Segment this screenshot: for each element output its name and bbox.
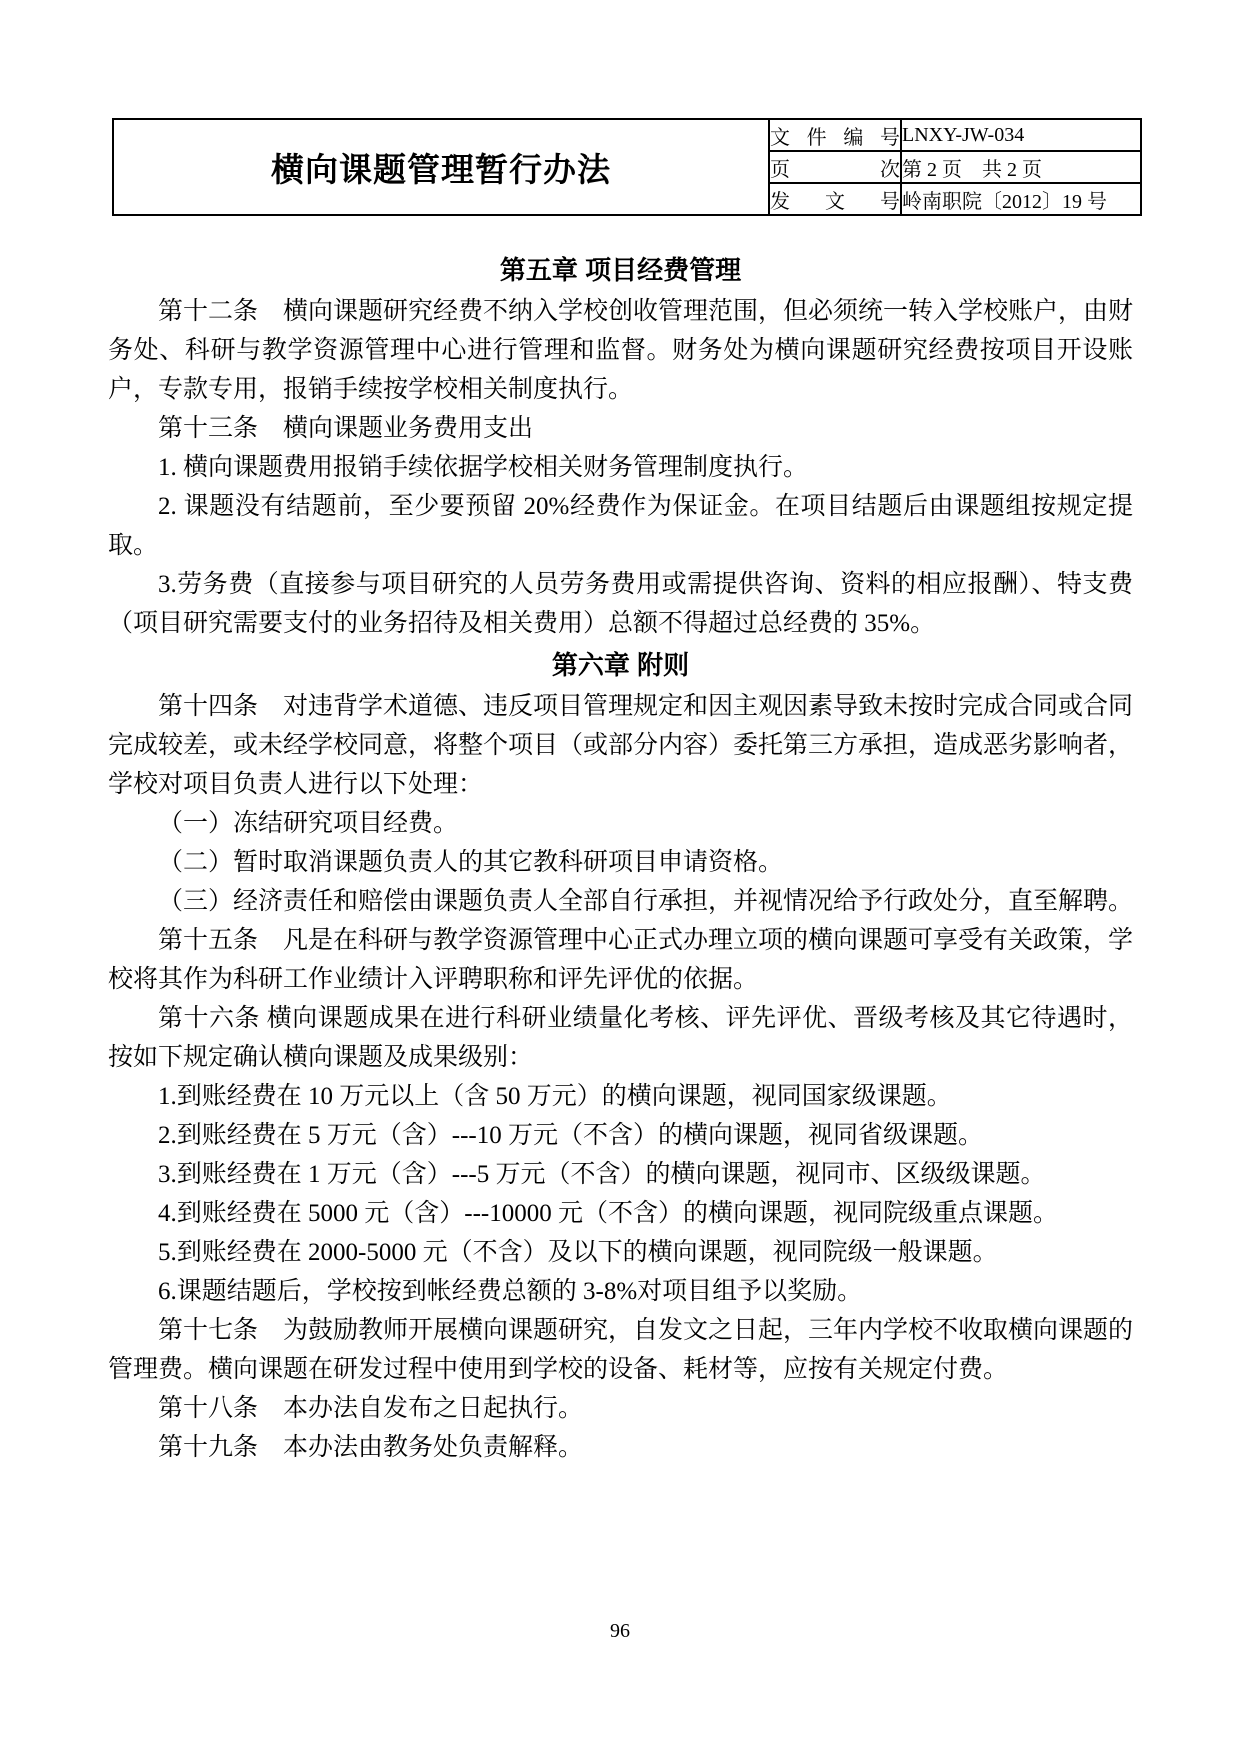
paragraph: （一）冻结研究项目经费。 [108,804,1133,843]
meta-value-page-number: 第 2 页 共 2 页 [901,151,1141,183]
document-title: 横向课题管理暂行办法 [113,119,769,215]
paragraph: 3.劳务费（直接参与项目研究的人员劳务费用或需提供咨询、资料的相应报酬）、特支费… [108,565,1133,643]
paragraph: （二）暂时取消课题负责人的其它教科研项目申请资格。 [108,843,1133,882]
paragraph: 6.课题结题后，学校按到帐经费总额的 3-8%对项目组予以奖励。 [108,1272,1133,1311]
document-header-table: 横向课题管理暂行办法 文 件 编 号 LNXY-JW-034 页 次 第 2 页… [112,118,1142,216]
paragraph: 4.到账经费在 5000 元（含）---10000 元（不含）的横向课题，视同院… [108,1194,1133,1233]
paragraph: 2.到账经费在 5 万元（含）---10 万元（不含）的横向课题，视同省级课题。 [108,1116,1133,1155]
paragraph: 2. 课题没有结题前，至少要预留 20%经费作为保证金。在项目结题后由课题组按规… [108,487,1133,565]
chapter-heading: 第五章 项目经费管理 [108,251,1133,290]
meta-value-issue-number: 岭南职院〔2012〕19 号 [901,183,1141,215]
paragraph: 3.到账经费在 1 万元（含）---5 万元（不含）的横向课题，视同市、区级级课… [108,1155,1133,1194]
paragraph: 第十六条 横向课题成果在进行科研业绩量化考核、评先评优、晋级考核及其它待遇时，按… [108,999,1133,1077]
header-row-file-number: 横向课题管理暂行办法 文 件 编 号 LNXY-JW-034 [113,119,1141,151]
paragraph: （三）经济责任和赔偿由课题负责人全部自行承担，并视情况给予行政处分，直至解聘。 [108,882,1133,921]
paragraph: 第十七条 为鼓励教师开展横向课题研究，自发文之日起，三年内学校不收取横向课题的管… [108,1311,1133,1389]
paragraph: 1.到账经费在 10 万元以上（含 50 万元）的横向课题，视同国家级课题。 [108,1077,1133,1116]
document-page: 横向课题管理暂行办法 文 件 编 号 LNXY-JW-034 页 次 第 2 页… [0,0,1240,1753]
meta-value-file-number: LNXY-JW-034 [901,119,1141,151]
paragraph: 5.到账经费在 2000-5000 元（不含）及以下的横向课题，视同院级一般课题… [108,1233,1133,1272]
meta-label-page-number: 页 次 [769,151,901,183]
paragraph: 1. 横向课题费用报销手续依据学校相关财务管理制度执行。 [108,448,1133,487]
page-number: 96 [0,1620,1240,1643]
paragraph: 第十九条 本办法由教务处负责解释。 [108,1428,1133,1467]
meta-label-issue-number: 发 文 号 [769,183,901,215]
meta-label-file-number: 文 件 编 号 [769,119,901,151]
document-body: 第五章 项目经费管理第十二条 横向课题研究经费不纳入学校创收管理范围，但必须统一… [108,248,1133,1467]
paragraph: 第十五条 凡是在科研与教学资源管理中心正式办理立项的横向课题可享受有关政策，学校… [108,921,1133,999]
paragraph: 第十二条 横向课题研究经费不纳入学校创收管理范围，但必须统一转入学校账户，由财务… [108,292,1133,409]
paragraph: 第十四条 对违背学术道德、违反项目管理规定和因主观因素导致未按时完成合同或合同完… [108,687,1133,804]
paragraph: 第十八条 本办法自发布之日起执行。 [108,1389,1133,1428]
chapter-heading: 第六章 附则 [108,646,1133,685]
paragraph: 第十三条 横向课题业务费用支出 [108,409,1133,448]
